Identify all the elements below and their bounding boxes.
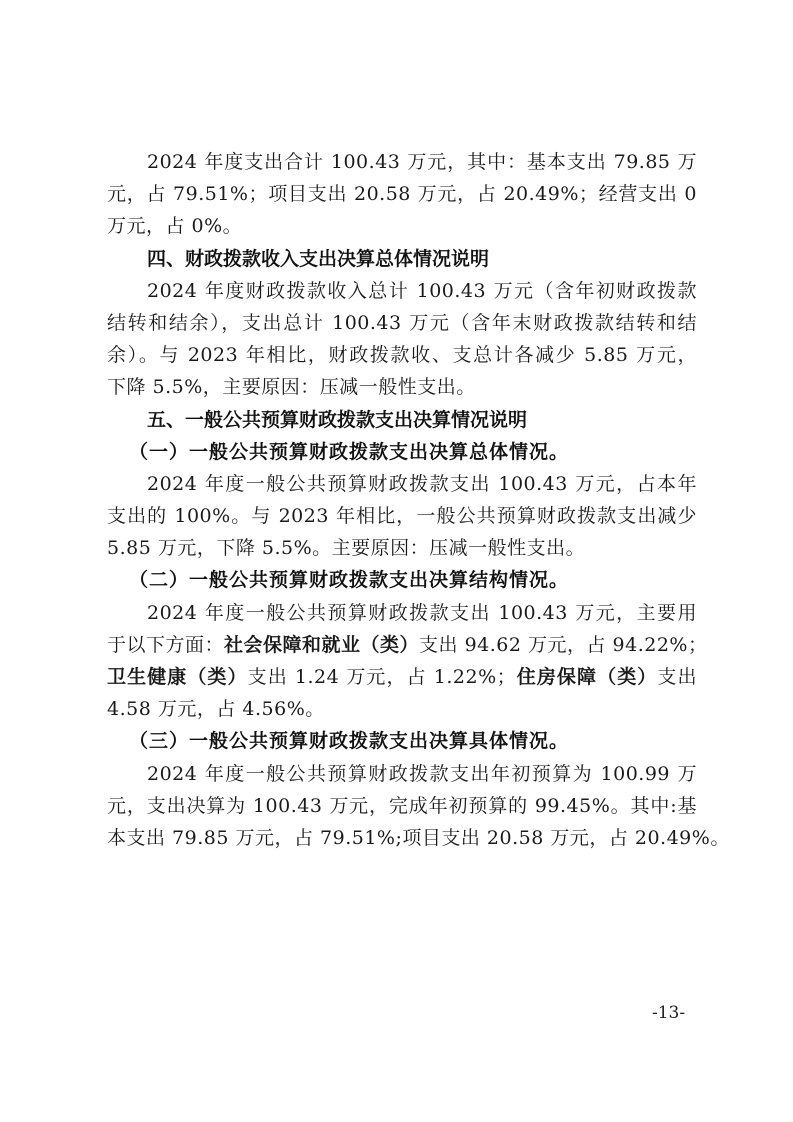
text-line: 本支出 79.85 万元，占 79.51%;项目支出 20.58 万元，占 20… — [107, 822, 697, 854]
text-line: 于以下方面：社会保障和就业（类）支出 94.62 万元，占 94.22%； — [107, 629, 697, 661]
page-number: -13- — [652, 1003, 685, 1023]
text-line: 元，占 79.51%；项目支出 20.58 万元，占 20.49%；经营支出 0 — [107, 178, 697, 210]
category-social-security: 社会保障和就业（类） — [224, 634, 419, 656]
text-line: 下降 5.5%，主要原因：压减一般性支出。 — [107, 371, 697, 403]
paragraph-general-budget-detail: 2024 年度一般公共预算财政拨款支出年初预算为 100.99 万 元，支出决算… — [107, 758, 697, 855]
text-span: 支出 94.62 万元，占 94.22%； — [419, 634, 707, 656]
text-line: 万元，占 0%。 — [107, 210, 697, 242]
text-line: 2024 年度一般公共预算财政拨款支出年初预算为 100.99 万 — [107, 758, 697, 790]
paragraph-general-budget-overall: 2024 年度一般公共预算财政拨款支出 100.43 万元，占本年 支出的 10… — [107, 468, 697, 565]
text-line: 2024 年度支出合计 100.43 万元，其中：基本支出 79.85 万 — [107, 146, 697, 178]
text-line: 4.58 万元，占 4.56%。 — [107, 693, 697, 725]
text-line: 结转和结余），支出总计 100.43 万元（含年末财政拨款结转和结 — [107, 307, 697, 339]
paragraph-expenditure-total: 2024 年度支出合计 100.43 万元，其中：基本支出 79.85 万 元，… — [107, 146, 697, 243]
text-line: 2024 年度一般公共预算财政拨款支出 100.43 万元，主要用 — [107, 597, 697, 629]
subsection-heading-1: （一）一般公共预算财政拨款支出决算总体情况。 — [107, 436, 697, 468]
text-line: 2024 年度财政拨款收入总计 100.43 万元（含年初财政拨款 — [107, 275, 697, 307]
text-line: 2024 年度一般公共预算财政拨款支出 100.43 万元，占本年 — [107, 468, 697, 500]
text-line: 余）。与 2023 年相比，财政拨款收、支总计各减少 5.85 万元， — [107, 339, 697, 371]
subsection-heading-2: （二）一般公共预算财政拨款支出决算结构情况。 — [107, 564, 697, 596]
text-span: 支出 1.24 万元，占 1.22%； — [248, 666, 517, 688]
document-body: 2024 年度支出合计 100.43 万元，其中：基本支出 79.85 万 元，… — [107, 146, 697, 854]
text-span: 于以下方面： — [107, 634, 224, 656]
document-page: 2024 年度支出合计 100.43 万元，其中：基本支出 79.85 万 元，… — [0, 0, 793, 1122]
text-line: 5.85 万元，下降 5.5%。主要原因：压减一般性支出。 — [107, 532, 697, 564]
section-heading-4: 四、财政拨款收入支出决算总体情况说明 — [107, 243, 697, 275]
text-line: 卫生健康（类）支出 1.24 万元，占 1.22%；住房保障（类）支出 — [107, 661, 697, 693]
text-line: 支出的 100%。与 2023 年相比，一般公共预算财政拨款支出减少 — [107, 500, 697, 532]
text-span: 支出 — [657, 666, 697, 688]
category-health: 卫生健康（类） — [107, 666, 248, 688]
subsection-heading-3: （三）一般公共预算财政拨款支出决算具体情况。 — [107, 725, 697, 757]
text-line: 元，支出决算为 100.43 万元，完成年初预算的 99.45%。其中:基 — [107, 790, 697, 822]
paragraph-general-budget-structure: 2024 年度一般公共预算财政拨款支出 100.43 万元，主要用 于以下方面：… — [107, 597, 697, 726]
category-housing: 住房保障（类） — [516, 666, 657, 688]
paragraph-fiscal-overall: 2024 年度财政拨款收入总计 100.43 万元（含年初财政拨款 结转和结余）… — [107, 275, 697, 404]
section-heading-5: 五、一般公共预算财政拨款支出决算情况说明 — [107, 404, 697, 436]
